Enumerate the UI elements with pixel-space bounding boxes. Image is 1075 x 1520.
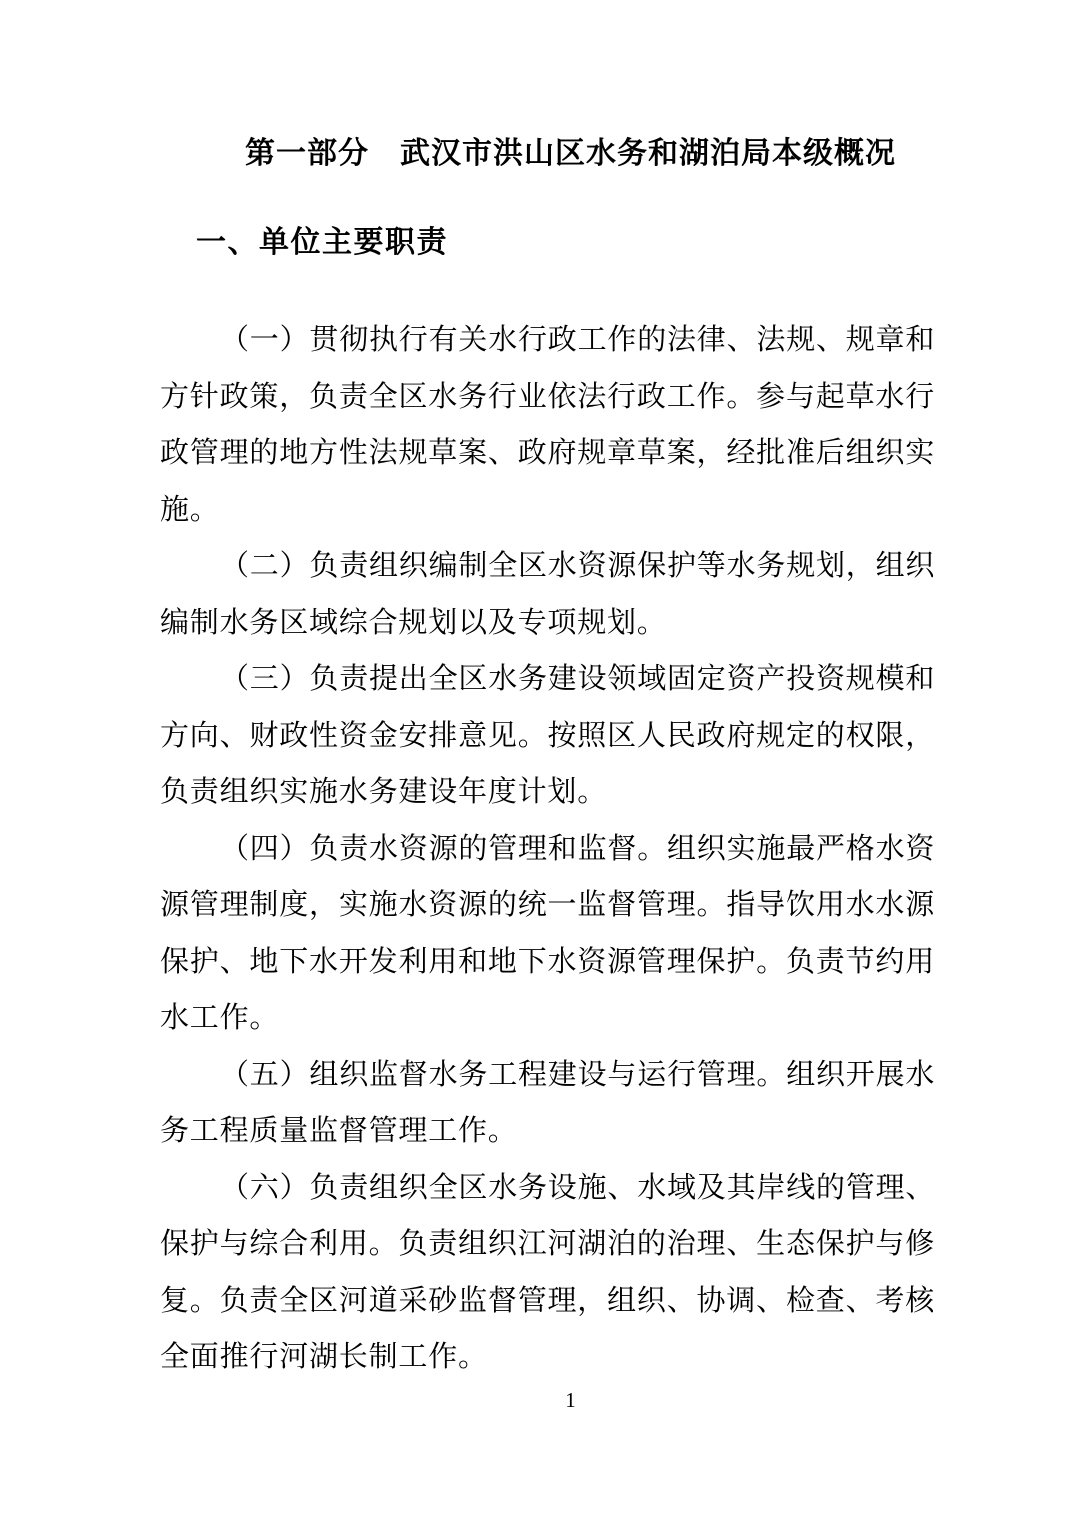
body-line: 编制水务区域综合规划以及专项规划。 bbox=[160, 595, 935, 652]
body-line: （六）负责组织全区水务设施、水域及其岸线的管理、 bbox=[160, 1160, 935, 1217]
body-line: 方向、财政性资金安排意见。按照区人民政府规定的权限， bbox=[160, 708, 935, 765]
body-line: （一）贯彻执行有关水行政工作的法律、法规、规章和 bbox=[160, 312, 935, 369]
body-line: 保护与综合利用。负责组织江河湖泊的治理、生态保护与修 bbox=[160, 1216, 935, 1273]
body-line: 方针政策，负责全区水务行业依法行政工作。参与起草水行 bbox=[160, 369, 935, 426]
body-line: 保护、地下水开发利用和地下水资源管理保护。负责节约用 bbox=[160, 934, 935, 991]
body-line: 水工作。 bbox=[160, 990, 935, 1047]
body-line: （四）负责水资源的管理和监督。组织实施最严格水资 bbox=[160, 821, 935, 878]
body-line: （二）负责组织编制全区水资源保护等水务规划，组织 bbox=[160, 538, 935, 595]
body-line: 负责组织实施水务建设年度计划。 bbox=[160, 764, 935, 821]
body-line: （五）组织监督水务工程建设与运行管理。组织开展水 bbox=[160, 1047, 935, 1104]
document-page: 第一部分 武汉市洪山区水务和湖泊局本级概况 一、单位主要职责 （一）贯彻执行有关… bbox=[0, 0, 1075, 1520]
body-line: （三）负责提出全区水务建设领域固定资产投资规模和 bbox=[160, 651, 935, 708]
body-line: 全面推行河湖长制工作。 bbox=[160, 1329, 935, 1386]
page-number: 1 bbox=[33, 1386, 1075, 1414]
body-line: 源管理制度，实施水资源的统一监督管理。指导饮用水水源 bbox=[160, 877, 935, 934]
body-line: 务工程质量监督管理工作。 bbox=[160, 1103, 935, 1160]
document-body: （一）贯彻执行有关水行政工作的法律、法规、规章和方针政策，负责全区水务行业依法行… bbox=[160, 312, 935, 1386]
body-line: 政管理的地方性法规草案、政府规章草案，经批准后组织实 bbox=[160, 425, 935, 482]
section-heading: 一、单位主要职责 bbox=[196, 223, 448, 263]
document-title: 第一部分 武汉市洪山区水务和湖泊局本级概况 bbox=[33, 134, 1075, 174]
body-line: 施。 bbox=[160, 482, 935, 539]
body-line: 复。负责全区河道采砂监督管理，组织、协调、检查、考核 bbox=[160, 1273, 935, 1330]
